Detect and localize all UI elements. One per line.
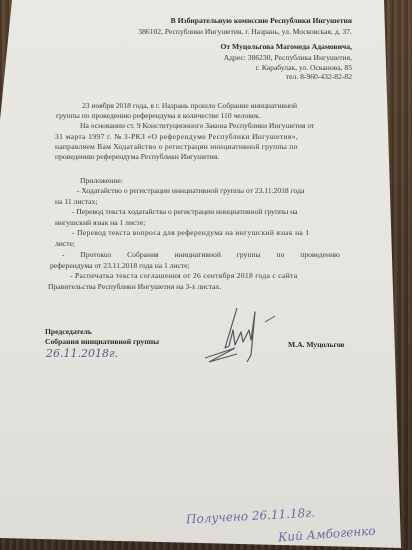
attachment-3-line2: листе;	[55, 239, 75, 250]
signer-role-line1: Председатель	[45, 327, 92, 338]
body-p1-line2: группы по проведению референдума в колич…	[56, 111, 261, 122]
signer-role-line2: Собрания инициативной группы	[45, 337, 159, 348]
recipient-address: 386102, Республики Ингушетия, г. Назрань…	[138, 27, 352, 38]
attachment-3-line1: - Перевод текста вопроса для референдума…	[72, 228, 309, 239]
body-p2-line3: направляем Вам Ходатайство о регистрации…	[55, 142, 298, 153]
recipient-title: В Избирательную комиссию Республики Ингу…	[171, 16, 352, 27]
attachment-2-line1: - Перевод текста ходатайства о регистрац…	[72, 207, 298, 218]
sender-address-line1: Адрес: 386230, Республика Ингушетия,	[224, 53, 352, 64]
body-p2-line2: 31 марта 1997 г. № 3-РКЗ «О референдуме …	[55, 132, 298, 143]
attachment-5-line2: Правительства Республики Ингушетия на 3-…	[48, 282, 221, 293]
handwritten-date: 26.11.2018г.	[46, 347, 118, 360]
body-p2-line4: проведению референдума Республики Ингуше…	[55, 152, 219, 163]
attachment-2-line2: ингушский язык на 1 листе;	[55, 218, 145, 229]
sender-title: От Муцольгова Магомеда Адамовича,	[220, 42, 352, 53]
attachments-heading: Приложение:	[80, 176, 123, 187]
attachment-4-line2: референдума от 23.11.2018 года на 1 лист…	[50, 261, 190, 272]
body-p1-line1: 23 ноября 2018 года, в г. Назрань прошло…	[82, 101, 297, 112]
attachment-5-line1: - Распечатка текста соглашения от 26 сен…	[70, 271, 297, 282]
attachment-1-line1: - Ходатайство о регистрации инициативной…	[77, 186, 304, 197]
attachment-4-line1: - Протокол Собрания инициативной группы …	[62, 250, 340, 261]
signature-mark	[195, 300, 285, 380]
sender-phone: тел. 8-960-432-82-82	[286, 72, 352, 83]
signer-name: М.А. Муцольгов	[288, 340, 345, 351]
attachment-1-line2: на 11 листах;	[55, 197, 97, 208]
body-p2-line1: На основании ст. 9 Конституционного Зако…	[80, 121, 314, 132]
